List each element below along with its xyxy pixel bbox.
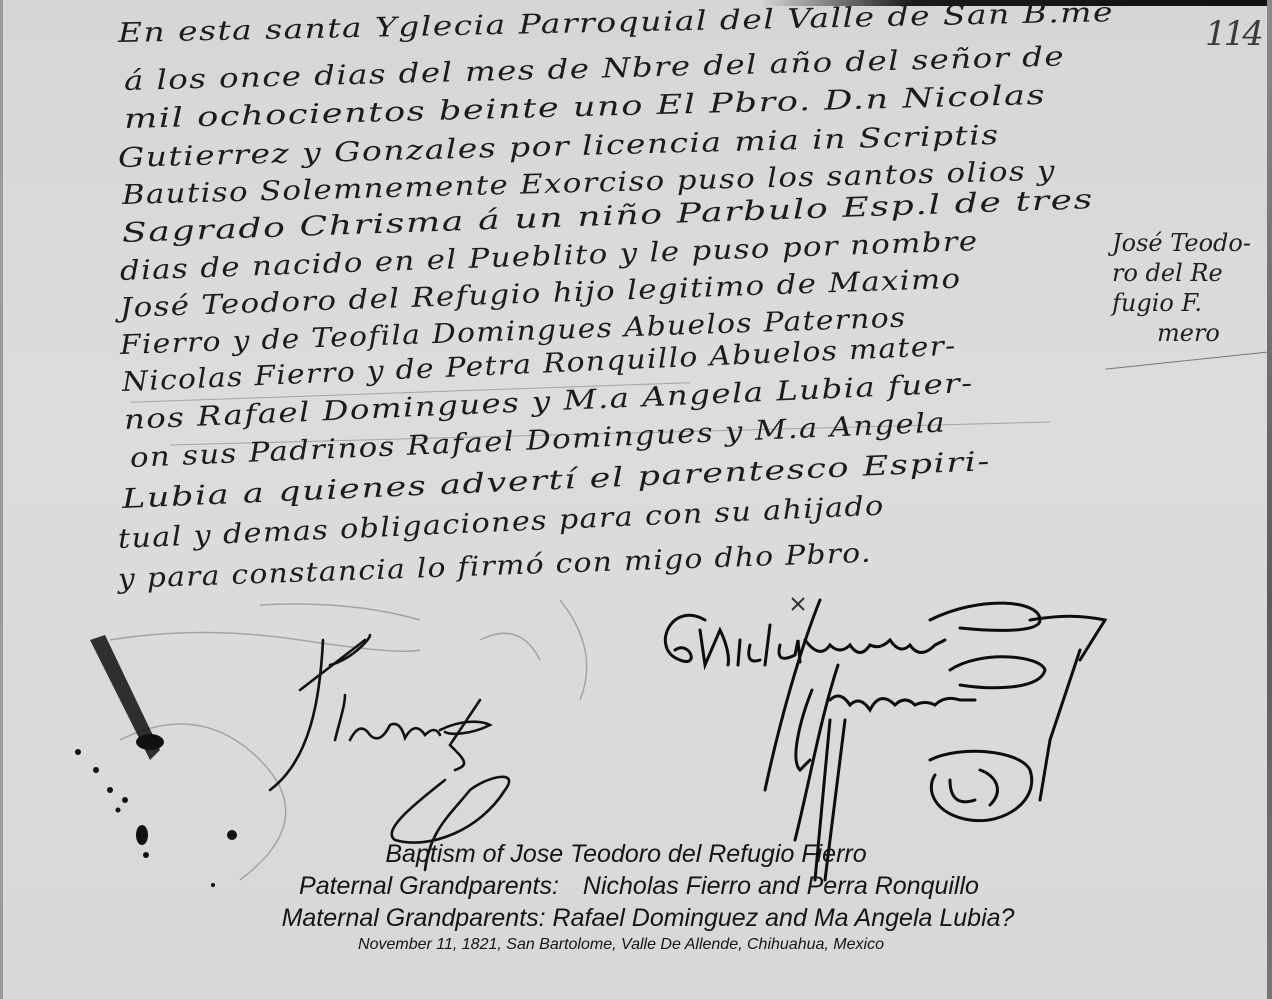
caption: Baptism of Jose Teodoro del Refugio Fier… (0, 838, 1272, 956)
caption-maternal: Maternal Grandparents: Rafael Dominguez … (12, 902, 1272, 934)
paternal-names: Nicholas Fierro and Perra Ronquillo (583, 872, 979, 900)
manuscript-line: En esta santa Yglecia Parroquial del Val… (118, 0, 1115, 49)
maternal-names: Rafael Dominguez and Ma Angela Lubia? (553, 904, 1015, 932)
margin-note-line: José Teodo- (1112, 228, 1270, 258)
signature-flores (270, 635, 509, 870)
margin-note: José Teodo- ro del Re fugio F. mero (1112, 228, 1270, 348)
caption-paternal: Paternal Grandparents:Nicholas Fierro an… (3, 870, 1272, 902)
margin-note-line: fugio F. (1112, 288, 1270, 318)
caption-title: Baptism of Jose Teodoro del Refugio Fier… (0, 838, 1262, 870)
manuscript-body: En esta santa Yglecia Parroquial del Val… (0, 0, 1272, 620)
document-scan: 114 En esta santa Yglecia Parroquial del… (0, 0, 1272, 999)
margin-note-line: ro del Re (1112, 258, 1270, 288)
paternal-label: Paternal Grandparents: (299, 872, 559, 900)
cross-mark (792, 598, 804, 610)
maternal-label: Maternal Grandparents: (282, 904, 546, 932)
margin-note-line: mero (1112, 318, 1270, 348)
caption-date-place: November 11, 1821, San Bartolome, Valle … (0, 934, 1257, 956)
